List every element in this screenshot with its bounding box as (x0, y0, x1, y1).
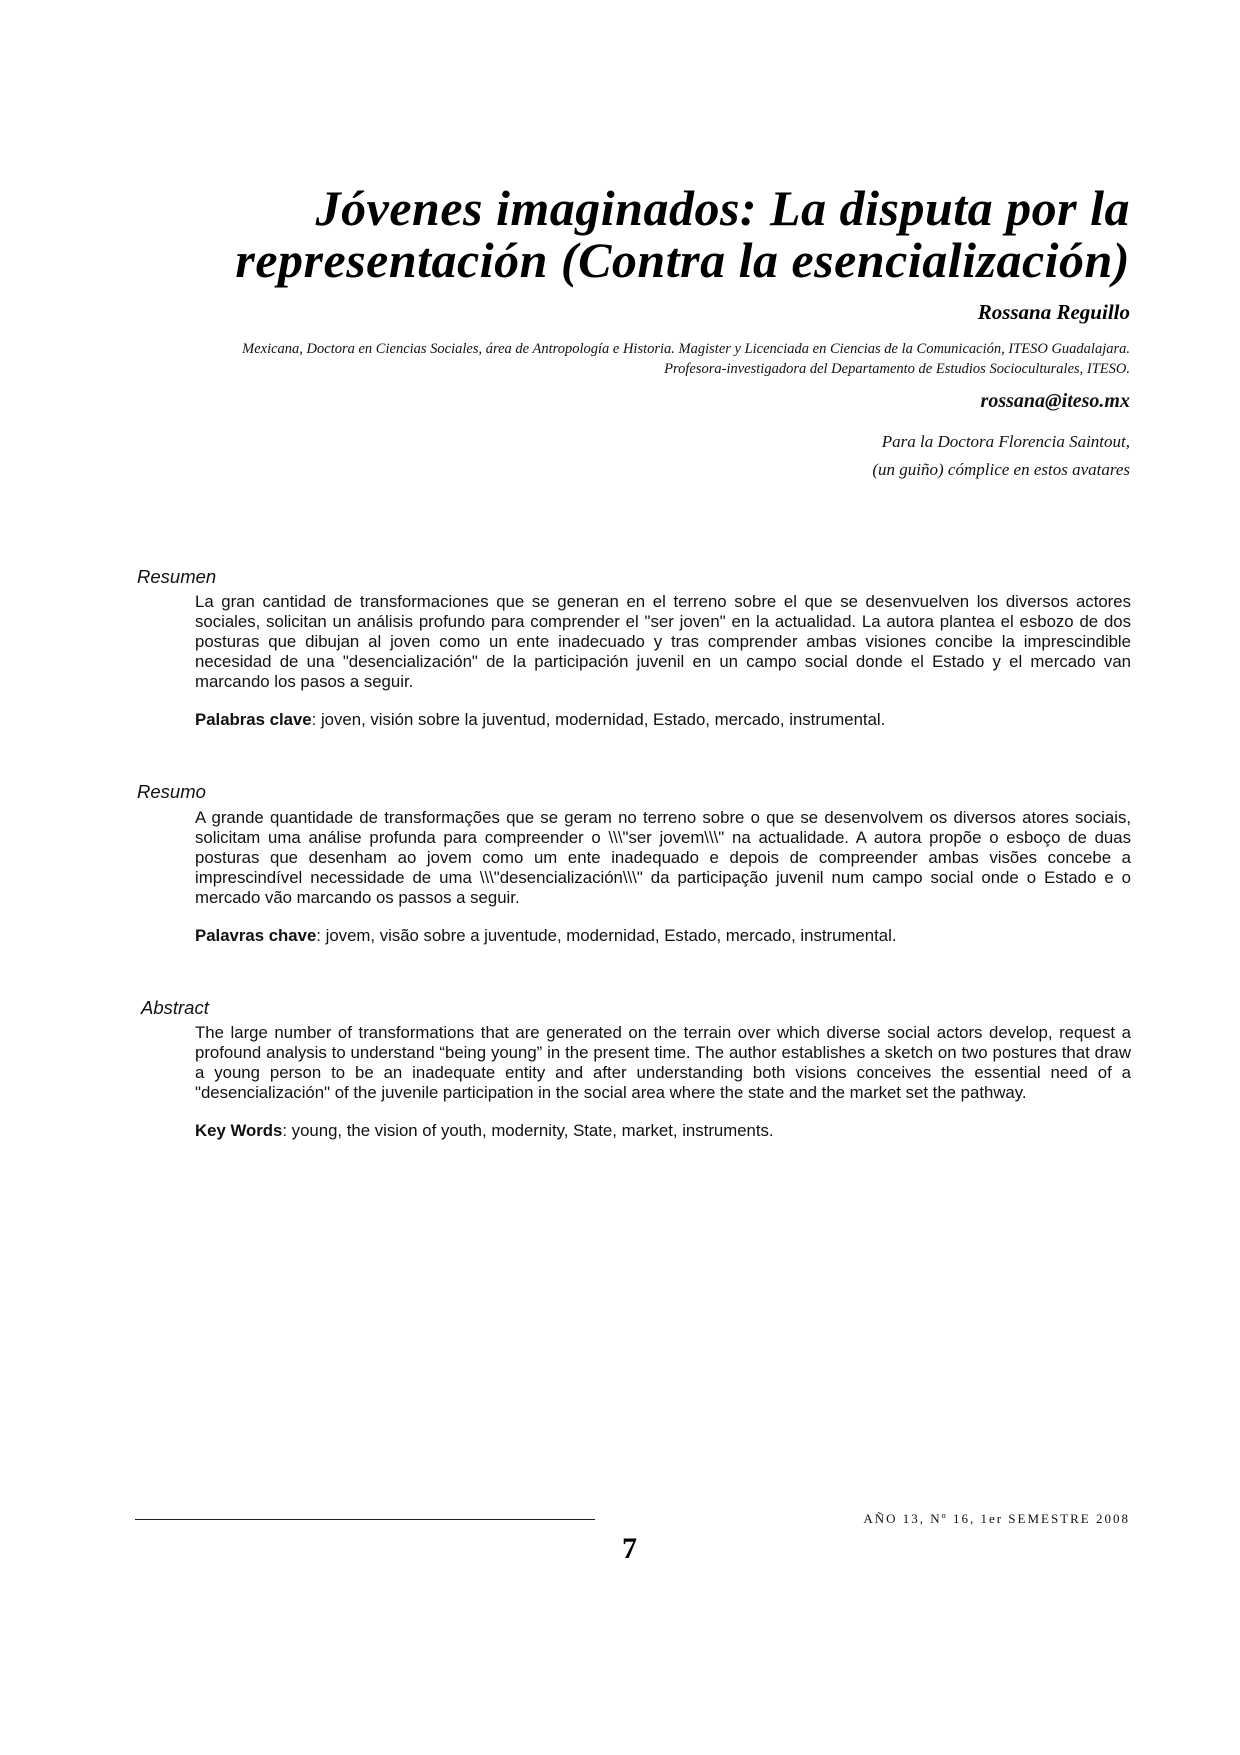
section-heading: Abstract (141, 997, 209, 1019)
section-heading: Resumen (137, 566, 216, 588)
page-number: 7 (622, 1532, 637, 1566)
affiliation-line-1: Mexicana, Doctora en Ciencias Sociales, … (100, 339, 1130, 359)
section-body: La gran cantidad de transformaciones que… (195, 592, 1131, 730)
keywords-line: Key Words: young, the vision of youth, m… (195, 1121, 1131, 1141)
keywords-list: : young, the vision of youth, modernity,… (282, 1121, 773, 1140)
author-name: Rossana Reguillo (978, 300, 1130, 325)
affiliation-line-2: Profesora-investigadora del Departamento… (100, 359, 1130, 379)
article-title: Jóvenes imaginados: La disputa por la re… (130, 182, 1130, 286)
keywords-line: Palavras chave: jovem, visão sobre a juv… (195, 926, 1131, 946)
journal-issue-info: AÑO 13, Nº 16, 1er SEMESTRE 2008 (863, 1511, 1130, 1527)
abstract-text: A grande quantidade de transformações qu… (195, 808, 1131, 908)
title-line-1: Jóvenes imaginados: La disputa por la (130, 182, 1130, 234)
section-body: The large number of transformations that… (195, 1023, 1131, 1141)
keywords-label: Key Words (195, 1121, 282, 1140)
dedication-line-2: (un guiño) cómplice en estos avatares (630, 456, 1130, 484)
keywords-label: Palavras chave (195, 926, 316, 945)
section-body: A grande quantidade de transformações qu… (195, 808, 1131, 946)
author-email: rossana@iteso.mx (981, 390, 1130, 413)
abstract-text: La gran cantidad de transformaciones que… (195, 592, 1131, 692)
section-heading: Resumo (137, 781, 206, 803)
footer-divider (135, 1519, 595, 1520)
dedication: Para la Doctora Florencia Saintout, (un … (630, 428, 1130, 484)
dedication-line-1: Para la Doctora Florencia Saintout, (630, 428, 1130, 456)
abstract-text: The large number of transformations that… (195, 1023, 1131, 1103)
keywords-list: : joven, visión sobre la juventud, moder… (312, 710, 886, 729)
keywords-list: : jovem, visão sobre a juventude, modern… (316, 926, 896, 945)
author-affiliation: Mexicana, Doctora en Ciencias Sociales, … (100, 339, 1130, 379)
title-line-2: representación (Contra la esencializació… (130, 234, 1130, 286)
keywords-line: Palabras clave: joven, visión sobre la j… (195, 710, 1131, 730)
keywords-label: Palabras clave (195, 710, 312, 729)
